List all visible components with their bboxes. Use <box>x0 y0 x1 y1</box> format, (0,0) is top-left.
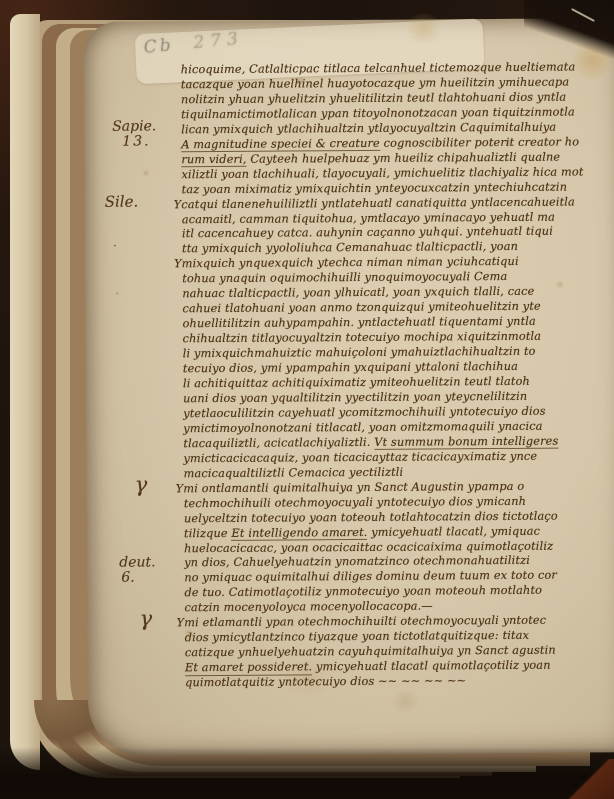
photo-background-bottom <box>0 747 614 799</box>
paper-stain <box>142 169 149 176</box>
manuscript-line: Et amaret possideret. ymicyehuatl tlacat… <box>185 658 614 676</box>
manuscript-line: uelyceltzin totecuiyo yoan toteouh totla… <box>184 509 614 527</box>
paper-stain <box>388 692 422 712</box>
margin-note-deuteronomy-number: 6. <box>119 571 155 587</box>
margin-note-sapientia-number: 13. <box>112 135 156 151</box>
latin-quotation: Et amaret possideret. <box>185 660 312 675</box>
manuscript-line: tlacaquiliztli, acicatlachiyaliztli. Vt … <box>183 434 614 452</box>
latin-quotation: rum videri, <box>181 152 246 167</box>
latin-quotation: Vt summum bonum intelligeres <box>374 434 558 450</box>
margin-note-deuteronomy-label: deut. <box>119 554 155 570</box>
margin-dot: · <box>113 240 117 253</box>
margin-paragraph-mark: γ <box>140 607 153 630</box>
margin-paragraph-mark: γ <box>135 473 148 496</box>
latin-quotation: A magnitudine speciei & creature <box>181 137 380 153</box>
margin-note-deuteronomy: deut. 6. <box>119 555 156 586</box>
photo-background-corner <box>524 0 614 64</box>
manuscript-text: hicoquime, Catlalticpac titlaca telcanhu… <box>181 60 614 691</box>
book-cover-edge <box>568 759 614 799</box>
margin-note-sapientia: Sapie. 13. <box>112 119 156 150</box>
margin-dot: · <box>115 288 119 301</box>
manuscript-page: Cb273 Sapie. 13. Sile. · · γ deut. 6. γ … <box>83 18 614 756</box>
margin-note-sapientia-label: Sapie. <box>112 118 156 134</box>
margin-note-simile: Sile. <box>105 194 139 211</box>
book-photo: Cb273 Sapie. 13. Sile. · · γ deut. 6. γ … <box>0 0 614 799</box>
latin-quotation: Et intelligendo amaret. <box>231 525 367 540</box>
manuscript-line: quimotlatquitiz yntotecuiyo dios ~~ ~~ ~… <box>185 673 614 691</box>
faint-inscription-left: Cb <box>143 35 175 58</box>
paper-stain <box>403 13 443 43</box>
